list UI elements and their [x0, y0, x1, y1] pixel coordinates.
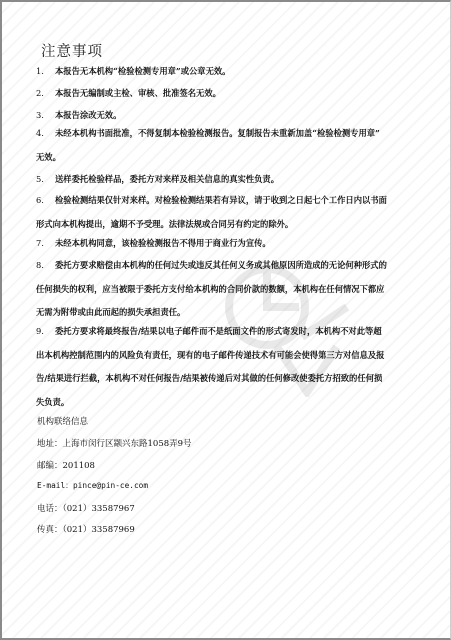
contact-email: E-mail：pince@pin-ce.com [37, 480, 148, 491]
item-text: 未经本机构同意，该检验检测报告不得用于商业行为宣传。 [55, 238, 271, 248]
contact-fax: 传真：（021）33587969 [37, 523, 135, 535]
item-text-cont: 告/结果进行拦截，本机构不对任何报告/结果被传递后对其做的任何修改使委托方招致的… [36, 367, 431, 391]
item-text: 本报告涂改无效。 [55, 110, 121, 120]
item-text-cont: 任何损失的权利，应当被限于委托方支付给本机构的合同价款的数额，本机构在任何情况下… [36, 278, 431, 302]
item-text: 本报告无本机构“检验检测专用章”或公章无效。 [55, 66, 230, 76]
contact-phone: 电话：（021）33587967 [37, 502, 135, 514]
notice-item-1: 1.本报告无本机构“检验检测专用章”或公章无效。 [36, 60, 431, 84]
item-number: 8. [36, 254, 55, 278]
notice-item-7: 7.未经本机构同意，该检验检测报告不得用于商业行为宣传。 [36, 232, 431, 256]
item-text: 本报告无编制或主检、审核、批准签名无效。 [55, 88, 221, 98]
item-text-cont: 失负责。 [36, 391, 431, 415]
item-number: 7. [36, 232, 55, 256]
item-text: 委托方要求将最终报告/结果以电子邮件而不是纸面文件的形式寄发时，本机构不对此等超 [55, 326, 382, 336]
item-number: 9. [36, 320, 55, 344]
contact-heading: 机构联络信息 [37, 415, 88, 427]
notice-item-9: 9.委托方要求将最终报告/结果以电子邮件而不是纸面文件的形式寄发时，本机构不对此… [36, 320, 431, 414]
item-text: 委托方要求赔偿由本机构的任何过失或违反其任何义务或其他原因所造成的无论何种形式的 [55, 260, 387, 270]
item-number: 1. [36, 60, 55, 84]
notice-item-8: 8.委托方要求赔偿由本机构的任何过失或违反其任何义务或其他原因所造成的无论何种形… [36, 254, 431, 325]
notice-item-5: 5.送样委托检验样品，委托方对来样及相关信息的真实性负责。 [36, 168, 431, 192]
item-text: 检验检测结果仅针对来样。对检验检测结果若有异议，请于收到之日起七个工作日内以书面 [55, 195, 387, 205]
notice-item-2: 2.本报告无编制或主检、审核、批准签名无效。 [36, 82, 431, 106]
contact-address: 地址：上海市闵行区颛兴东路1058弄9号 [37, 437, 192, 449]
notice-item-6: 6.检验检测结果仅针对来样。对检验检测结果若有异议，请于收到之日起七个工作日内以… [36, 189, 431, 236]
item-number: 5. [36, 168, 55, 192]
notice-item-4: 4.未经本机构书面批准，不得复制本检验检测报告。复制报告未重新加盖“检验检测专用… [36, 122, 431, 169]
contact-postcode: 邮编：201108 [37, 459, 95, 471]
item-number: 2. [36, 82, 55, 106]
item-text-cont: 无效。 [36, 146, 431, 170]
item-number: 6. [36, 189, 55, 213]
item-text: 送样委托检验样品，委托方对来样及相关信息的真实性负责。 [55, 174, 279, 184]
item-text: 未经本机构书面批准，不得复制本检验检测报告。复制报告未重新加盖“检验检测专用章” [55, 128, 380, 138]
item-number: 4. [36, 122, 55, 146]
document-page: 注意事项 1.本报告无本机构“检验检测专用章”或公章无效。 2.本报告无编制或主… [0, 0, 451, 640]
page-title: 注意事项 [41, 40, 103, 61]
item-text-cont: 出本机构控制范围内的风险负有责任，现有的电子邮件传递技术有可能会使得第三方对信息… [36, 344, 431, 368]
